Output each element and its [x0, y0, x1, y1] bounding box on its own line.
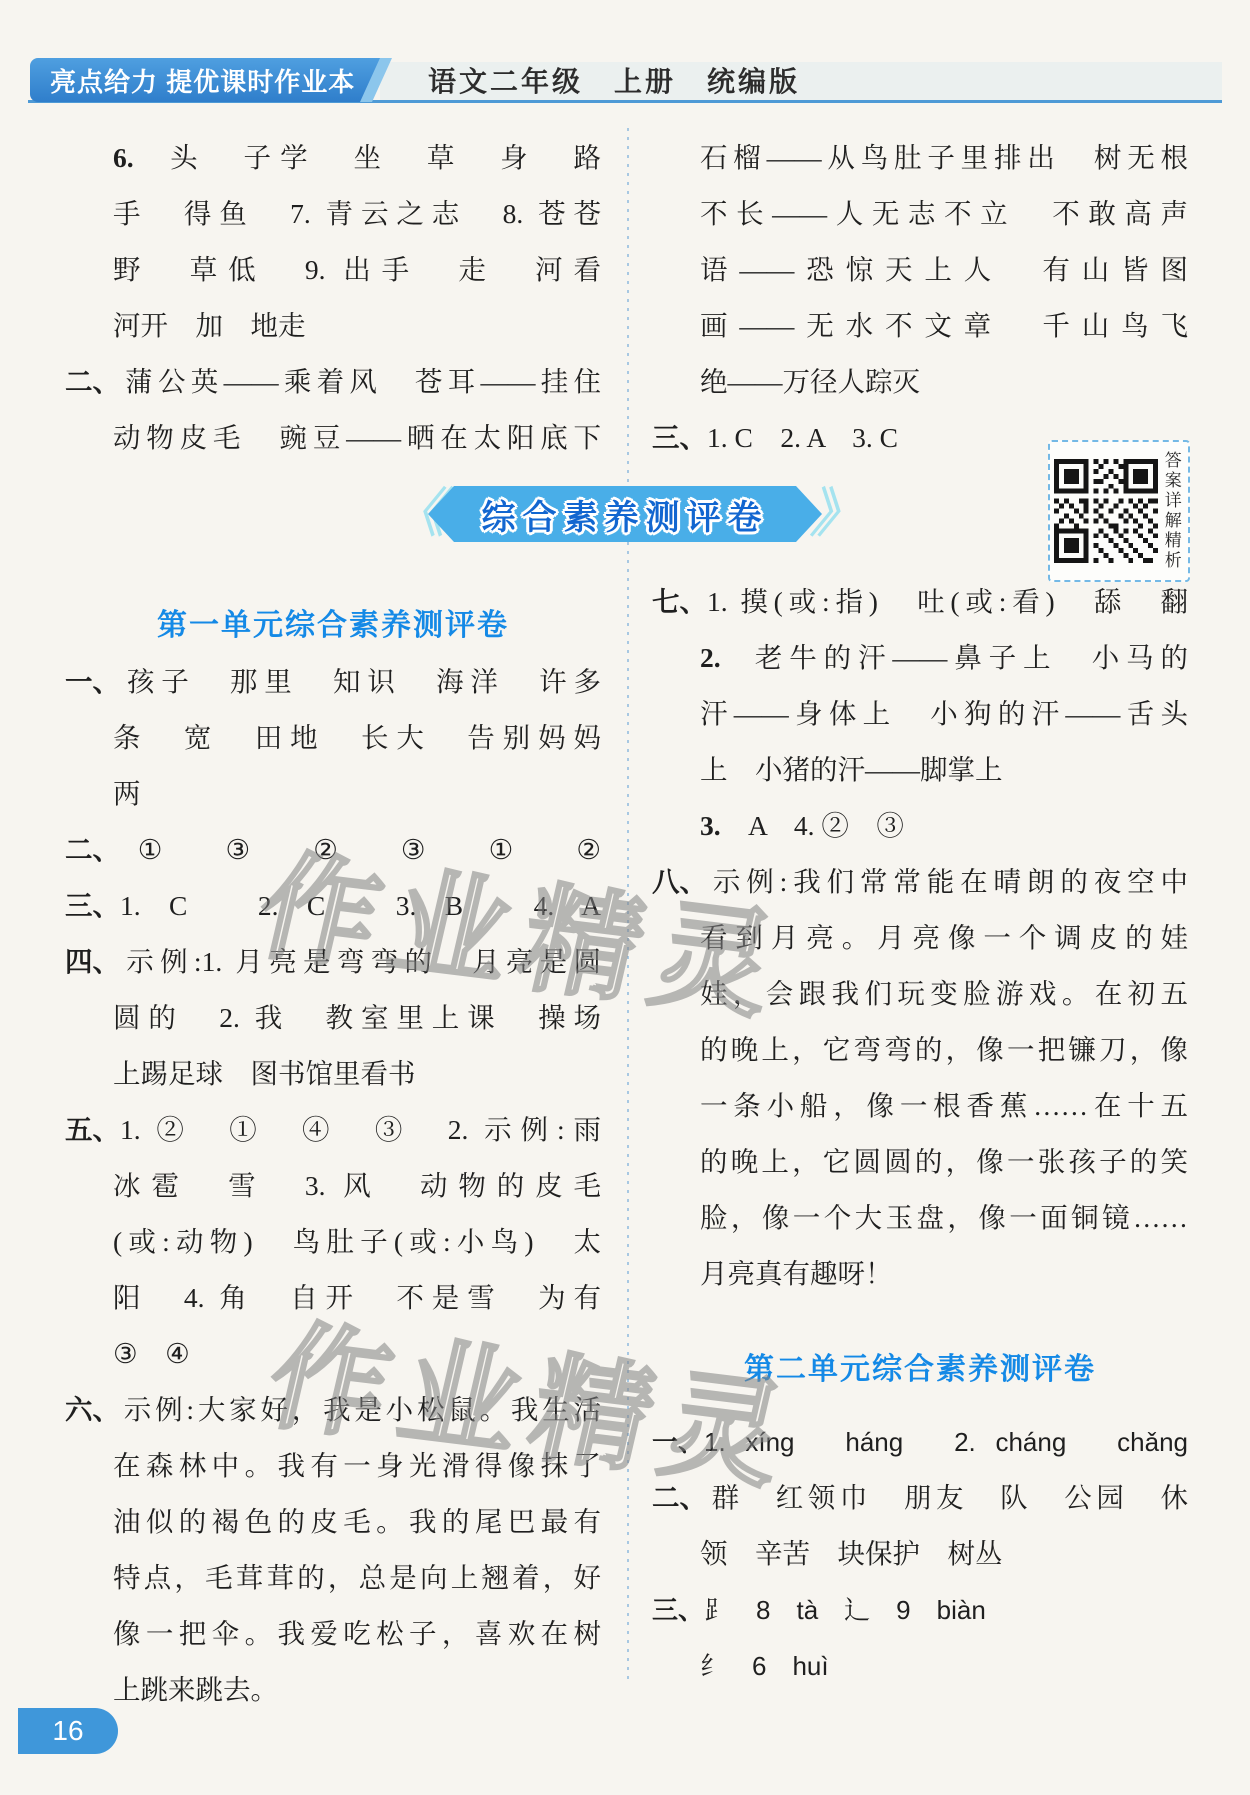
answer-line: 一、1. xíng háng 2. cháng chǎng	[652, 1414, 1188, 1470]
answer-text: 月亮真有趣呀！	[700, 1258, 893, 1289]
answer-text: 1. ② ① ④ ③ 2. 示例:雨	[120, 1114, 601, 1145]
answer-line: 五、1. ② ① ④ ③ 2. 示例:雨	[65, 1102, 601, 1158]
item-marker: 二、	[652, 1470, 707, 1526]
answer-line: 绝——万径人踪灭	[652, 354, 1188, 410]
answer-text: 脸，像一个大玉盘，像一面铜镜……	[700, 1202, 1188, 1233]
answer-line: 看到月亮。月亮像一个调皮的娃	[652, 910, 1188, 966]
section-heading: 第一单元综合素养测评卷	[65, 598, 601, 654]
answer-text: 1. xíng háng 2. cháng chǎng	[704, 1427, 1188, 1457]
answer-text: 1. C 2. A 3. C	[707, 422, 898, 453]
answer-line: 三、1. C 2. C 3. B 4. A	[65, 878, 601, 934]
item-marker: 八、	[652, 854, 707, 910]
answer-text: 示例:大家好，我是小松鼠。我生活	[120, 1394, 601, 1425]
answer-text: 领 辛苦 块保护 树丛	[700, 1538, 1003, 1569]
chevron-right-icon: 》	[810, 482, 862, 546]
answer-text: 上跳来跳去。	[113, 1674, 278, 1705]
answer-text: 画——无水不文章 千山鸟飞	[700, 310, 1188, 341]
answer-line: 3.A 4. ② ③	[652, 798, 1188, 854]
answer-text: 像一把伞。我爱吃松子，喜欢在树	[113, 1618, 601, 1649]
answer-line: 条 宽 田地 长大 告别妈妈	[65, 710, 601, 766]
answer-text: 示例:1. 月亮是弯弯的 月亮是圆	[120, 946, 601, 977]
answer-text: 冰雹 雪 3. 风 动物的皮毛	[113, 1170, 601, 1201]
answer-text: 头 子学 坐 草 身 路	[161, 142, 601, 173]
answer-line: 不长——人无志不立 不敢高声	[652, 186, 1188, 242]
answer-line: 四、示例:1. 月亮是弯弯的 月亮是圆	[65, 934, 601, 990]
answer-line: 领 辛苦 块保护 树丛	[652, 1526, 1188, 1582]
item-marker: 二、	[65, 354, 120, 410]
answer-line: 汗——身体上 小狗的汗——舌头	[652, 686, 1188, 742]
answer-line: 二、群 红领巾 朋友 队 公园 休	[652, 1470, 1188, 1526]
qr-code-icon	[1054, 459, 1158, 563]
answer-text: ③ ④	[113, 1338, 190, 1369]
answer-text: A 4. ② ③	[748, 810, 904, 841]
answer-line: 一条小船，像一根香蕉……在十五	[652, 1078, 1188, 1134]
answer-text: (或:动物) 鸟肚子(或:小鸟) 太	[113, 1226, 601, 1257]
column-spacer	[652, 1398, 1188, 1414]
answer-text: ① ③ ② ③ ① ②	[120, 834, 601, 865]
qr-block: 答案详解精析	[1048, 440, 1190, 582]
item-marker: 四、	[65, 934, 120, 990]
answer-line: 在森林中。我有一身光滑得像抹了	[65, 1438, 601, 1494]
section-heading: 第二单元综合素养测评卷	[652, 1342, 1188, 1398]
answer-line: 圆的 2. 我 教室里上课 操场	[65, 990, 601, 1046]
item-marker: 三、	[652, 1583, 704, 1639]
answer-line: 上跳来跳去。	[65, 1662, 601, 1718]
answer-text: 汗——身体上 小狗的汗——舌头	[700, 698, 1188, 729]
right-answer-column: 石榴——从鸟肚子里排出 树无根不长——人无志不立 不敢高声语——恐惊天上人 有山…	[652, 130, 1188, 1694]
answer-text: ⻊ 8 tà 辶 9 biàn	[704, 1595, 986, 1625]
section-badge: 《 综合素养测评卷 》	[392, 482, 862, 550]
answer-text: 1. 摸(或:指) 吐(或:看) 舔 翻	[707, 586, 1188, 617]
section-badge-label: 综合素养测评卷	[482, 490, 769, 539]
item-marker: 六、	[65, 1382, 120, 1438]
answer-line: 像一把伞。我爱吃松子，喜欢在树	[65, 1606, 601, 1662]
answer-text: 动物皮毛 豌豆——晒在太阳底下	[113, 422, 601, 453]
answer-line: 6.头 子学 坐 草 身 路	[65, 130, 601, 186]
answer-text: 1. C 2. C 3. B 4. A	[120, 890, 601, 921]
answer-line: 脸，像一个大玉盘，像一面铜镜……	[652, 1190, 1188, 1246]
item-marker: 3.	[700, 798, 748, 854]
answer-line: 两	[65, 766, 601, 822]
answer-line: 的晚上，它弯弯的，像一把镰刀，像	[652, 1022, 1188, 1078]
book-title: 语文二年级 上册 统编版	[428, 62, 800, 102]
answer-text: 一条小船，像一根香蕉……在十五	[700, 1090, 1188, 1121]
answer-line: 七、1. 摸(或:指) 吐(或:看) 舔 翻	[652, 574, 1188, 630]
section-badge-banner: 综合素养测评卷	[428, 486, 822, 542]
answer-text: 纟 6 huì	[700, 1651, 829, 1681]
answer-text: 绝——万径人踪灭	[700, 366, 920, 397]
answer-text: 的晚上，它弯弯的，像一把镰刀，像	[700, 1034, 1188, 1065]
qr-caption: 答案详解精析	[1161, 451, 1180, 571]
page-number-tab: 16	[18, 1708, 118, 1754]
answer-line: 特点，毛茸茸的，总是向上翘着，好	[65, 1550, 601, 1606]
answer-text: 娃，会跟我们玩变脸游戏。在初五	[700, 978, 1188, 1009]
page-number: 16	[52, 1715, 83, 1747]
workbook-answer-page: 亮点给力 提优课时作业本 语文二年级 上册 统编版 6.头 子学 坐 草 身 路…	[0, 0, 1250, 1795]
answer-line: 语——恐惊天上人 有山皆图	[652, 242, 1188, 298]
answer-text: 河开 加 地走	[113, 310, 306, 341]
answer-text: 语——恐惊天上人 有山皆图	[700, 254, 1188, 285]
left-answer-column: 6.头 子学 坐 草 身 路手 得鱼 7. 青云之志 8. 苍苍野 草低 9. …	[65, 130, 601, 1718]
answer-line: 纟 6 huì	[652, 1638, 1188, 1694]
item-marker: 一、	[65, 654, 120, 710]
answer-text: 阳 4. 角 自开 不是雪 为有	[113, 1282, 601, 1313]
answer-line: 野 草低 9. 出手 走 河看	[65, 242, 601, 298]
answer-line: 上踢足球 图书馆里看书	[65, 1046, 601, 1102]
answer-line: 八、示例:我们常常能在晴朗的夜空中	[652, 854, 1188, 910]
answer-line: (或:动物) 鸟肚子(或:小鸟) 太	[65, 1214, 601, 1270]
answer-line: 手 得鱼 7. 青云之志 8. 苍苍	[65, 186, 601, 242]
answer-line: ③ ④	[65, 1326, 601, 1382]
item-marker: 二、	[65, 822, 120, 878]
series-badge: 亮点给力 提优课时作业本	[30, 58, 380, 102]
answer-text: 油似的褐色的皮毛。我的尾巴最有	[113, 1506, 601, 1537]
answer-text: 群 红领巾 朋友 队 公园 休	[707, 1482, 1188, 1513]
series-badge-label: 亮点给力 提优课时作业本	[50, 62, 355, 99]
answer-line: 河开 加 地走	[65, 298, 601, 354]
answer-text: 石榴——从鸟肚子里排出 树无根	[700, 142, 1188, 173]
answer-line: 一、孩子 那里 知识 海洋 许多	[65, 654, 601, 710]
column-divider	[627, 128, 629, 1684]
answer-line: 二、① ③ ② ③ ① ②	[65, 822, 601, 878]
answer-text: 上踢足球 图书馆里看书	[113, 1058, 416, 1089]
answer-line: 2.老牛的汗——鼻子上 小马的	[652, 630, 1188, 686]
answer-text: 不长——人无志不立 不敢高声	[700, 198, 1188, 229]
answer-line: 阳 4. 角 自开 不是雪 为有	[65, 1270, 601, 1326]
answer-text: 看到月亮。月亮像一个调皮的娃	[700, 922, 1188, 953]
item-marker: 三、	[652, 410, 707, 466]
item-marker: 五、	[65, 1102, 120, 1158]
column-spacer	[652, 1302, 1188, 1342]
answer-text: 条 宽 田地 长大 告别妈妈	[113, 722, 601, 753]
item-marker: 2.	[700, 630, 748, 686]
answer-text: 示例:我们常常能在晴朗的夜空中	[707, 866, 1188, 897]
answer-text: 上 小猪的汗——脚掌上	[700, 754, 1003, 785]
answer-line: 娃，会跟我们玩变脸游戏。在初五	[652, 966, 1188, 1022]
item-marker: 七、	[652, 574, 707, 630]
answer-text: 圆的 2. 我 教室里上课 操场	[113, 1002, 601, 1033]
answer-line: 动物皮毛 豌豆——晒在太阳底下	[65, 410, 601, 466]
answer-text: 特点，毛茸茸的，总是向上翘着，好	[113, 1562, 601, 1593]
answer-line: 油似的褐色的皮毛。我的尾巴最有	[65, 1494, 601, 1550]
answer-line: 二、蒲公英——乘着风 苍耳——挂住	[65, 354, 601, 410]
answer-line: 上 小猪的汗——脚掌上	[652, 742, 1188, 798]
answer-line: 石榴——从鸟肚子里排出 树无根	[652, 130, 1188, 186]
answer-text: 孩子 那里 知识 海洋 许多	[120, 666, 601, 697]
answer-line: 画——无水不文章 千山鸟飞	[652, 298, 1188, 354]
item-marker: 一、	[652, 1415, 704, 1470]
item-marker: 6.	[113, 130, 161, 186]
answer-line: 六、示例:大家好，我是小松鼠。我生活	[65, 1382, 601, 1438]
answer-text: 老牛的汗——鼻子上 小马的	[748, 642, 1188, 673]
answer-line: 的晚上，它圆圆的，像一张孩子的笑	[652, 1134, 1188, 1190]
answer-text: 的晚上，它圆圆的，像一张孩子的笑	[700, 1146, 1188, 1177]
answer-line: 三、⻊ 8 tà 辶 9 biàn	[652, 1582, 1188, 1638]
answer-line: 月亮真有趣呀！	[652, 1246, 1188, 1302]
answer-text: 野 草低 9. 出手 走 河看	[113, 254, 601, 285]
item-marker: 三、	[65, 878, 120, 934]
answer-text: 手 得鱼 7. 青云之志 8. 苍苍	[113, 198, 601, 229]
answer-line: 冰雹 雪 3. 风 动物的皮毛	[65, 1158, 601, 1214]
answer-text: 在森林中。我有一身光滑得像抹了	[113, 1450, 601, 1481]
answer-text: 蒲公英——乘着风 苍耳——挂住	[120, 366, 601, 397]
answer-text: 两	[113, 778, 141, 809]
